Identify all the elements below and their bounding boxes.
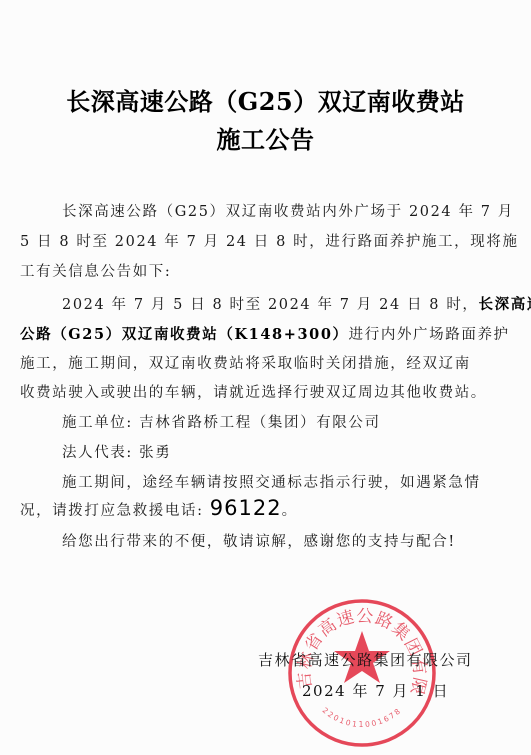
p2-line1: 2024 年 7 月 5 日 8 时至 2024 年 7 月 24 日 8 时，… xyxy=(62,293,531,314)
p2-line3: 施工，施工期间，双辽南收费站将采取临时关闭措施，经双辽南 xyxy=(20,352,471,373)
p2-line1-bold: 长深高速 xyxy=(479,296,531,313)
seal-serial: 2201011001678 xyxy=(321,706,404,729)
issuing-organization: 吉林省高速公路集团有限公司 xyxy=(258,649,473,670)
p3-line2: 况，请拨打应急救援电话: 96122。 xyxy=(20,496,298,520)
p2-line2-bold: 公路（G25）双辽南收费站（K148+300） xyxy=(20,326,349,343)
p1-line3: 工有关信息公告如下: xyxy=(20,260,171,281)
p2-line1-normal: 2024 年 7 月 5 日 8 时至 2024 年 7 月 24 日 8 时， xyxy=(62,297,479,313)
closing-line: 给您出行带来的不便，敬请谅解，感谢您的支持与配合! xyxy=(62,530,456,551)
p1-line2: 5 日 8 时至 2024 年 7 月 24 日 8 时，进行路面养护施工，现将… xyxy=(20,230,519,251)
official-seal-icon: 吉林省高速公路集团有限公司 2201011001678 xyxy=(282,593,442,753)
notice-title-line2: 施工公告 xyxy=(0,120,531,155)
contractor-line: 施工单位: 吉林省路桥工程（集团）有限公司 xyxy=(62,411,381,432)
svg-text:2201011001678: 2201011001678 xyxy=(321,706,404,729)
p3-line1: 施工期间，途经车辆请按照交通标志指示行驶，如遇紧急情 xyxy=(62,471,481,492)
emergency-hotline: 96122 xyxy=(210,496,282,520)
p2-line2-normal: 进行内外广场路面养护 xyxy=(349,327,510,343)
legal-rep-line: 法人代表: 张勇 xyxy=(62,441,171,462)
p3-line2-prefix: 况，请拨打应急救援电话: xyxy=(20,503,210,519)
issue-date: 2024 年 7 月 1 日 xyxy=(302,680,449,701)
p2-line2: 公路（G25）双辽南收费站（K148+300）进行内外广场路面养护 xyxy=(20,323,510,344)
p2-line4: 收费站驶入或驶出的车辆，请就近选择行驶双辽周边其他收费站。 xyxy=(20,381,487,402)
notice-title-line1: 长深高速公路（G25）双辽南收费站 xyxy=(0,82,531,117)
p1-line1: 长深高速公路（G25）双辽南收费站内外广场于 2024 年 7 月 xyxy=(62,200,514,221)
p3-line2-suffix: 。 xyxy=(282,503,298,519)
